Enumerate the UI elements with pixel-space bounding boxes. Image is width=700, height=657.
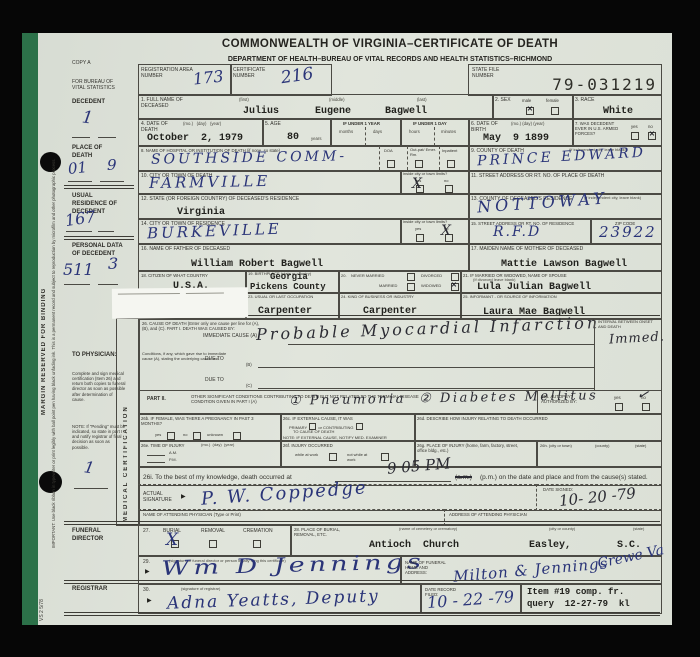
- field-father-name: 16. NAME OF FATHER OF DECEASED William R…: [138, 243, 470, 272]
- yes-label: yes: [415, 227, 421, 232]
- inpatient-label: Inpatient: [442, 149, 457, 154]
- county-label: (county): [595, 444, 609, 449]
- zip-code-value: 23922: [599, 225, 657, 240]
- hospital-value: SOUTHSIDE COMM-: [151, 149, 347, 166]
- yes-label: yes: [155, 433, 161, 438]
- field-number: 29.: [143, 559, 150, 565]
- father-name-value: William Robert Bagwell: [191, 259, 323, 270]
- hours-label: hours: [409, 129, 420, 134]
- doa-checkbox: [387, 160, 395, 168]
- margin-code-personal-a: 511: [63, 262, 94, 278]
- arrow-icon: ▶: [181, 494, 186, 500]
- state-of-residence-value: Virginia: [177, 207, 225, 218]
- autopsy-no-check-mark: ✓: [636, 387, 650, 403]
- outpatient-label: Out-pat/ Emer. Rm.: [410, 148, 436, 158]
- widowed-x-mark: ✕: [451, 282, 457, 289]
- field-label: 2. SEX: [495, 97, 511, 103]
- no-label: no: [183, 433, 187, 438]
- physician-signature-value: P. W. Coppedge: [201, 479, 369, 509]
- funeral-home-label: NAME OF FUNERAL HOME AND ADDRESS:: [405, 560, 447, 575]
- part2-label: PART II.: [147, 396, 166, 402]
- autopsy-label: 26a. AUTOPSY? AUTHORIZED BY:: [541, 394, 599, 404]
- conditions-note: Conditions, if any, which gave rise to i…: [142, 352, 230, 362]
- certificate-subtitle: DEPARTMENT OF HEALTH–BUREAU OF VITAL REC…: [150, 56, 630, 63]
- margin-section-decedent: DECEDENT: [72, 99, 132, 107]
- limits-question: inside city or town limits?: [403, 220, 463, 225]
- married-checkbox: [407, 283, 415, 291]
- field-age: 5. AGE 80 years: [262, 118, 332, 147]
- field-pregnancy: 26b. IF FEMALE, WAS THERE A PREGNANCY IN…: [138, 413, 282, 442]
- attending-physician-address-label: ADDRESS OF ATTENDING PHYSICIAN: [449, 512, 527, 517]
- registration-area-box: REGISTRATION AREA NUMBER 173: [138, 64, 232, 96]
- arrow-icon: ▶: [147, 598, 152, 604]
- margin-section-registrar: REGISTRAR: [72, 586, 132, 594]
- field-label: 17. MAIDEN NAME OF MOTHER OF DECEASED: [471, 246, 583, 252]
- age-value: 80: [287, 132, 299, 143]
- binding-margin-label: MARGIN RESERVED FOR BINDING: [41, 225, 47, 415]
- field-label: 1. FULL NAME OF DECEASED: [141, 97, 196, 109]
- time-sublabels: (mo.) (day) (year): [201, 443, 234, 448]
- field-spouse-name: 21. IF MARRIED OR WIDOWED, NAME OF SPOUS…: [460, 270, 662, 294]
- field-label: IF UNDER 1 YEAR: [343, 121, 380, 126]
- field-label: 11. STREET ADDRESS OR RT. NO. OF PLACE O…: [471, 173, 656, 179]
- margin-section-funeral-director: FUNERAL DIRECTOR: [72, 528, 118, 544]
- am-label: A.M.: [169, 451, 177, 456]
- burial-city-value: Easley,: [529, 540, 571, 551]
- street-address-residence-value: R.F.D: [493, 225, 541, 239]
- field-label: 25. INFORMANT - OR SOURCE OF INFORMATION: [463, 295, 623, 300]
- autopsy-box: 26a. AUTOPSY? AUTHORIZED BY: yes no ✓: [537, 391, 662, 414]
- date-signed-cell: DATE SIGNED: 10- 20 -79: [536, 484, 662, 511]
- never-married-label: NEVER MARRIED: [351, 274, 384, 279]
- margin-code-residence: 167: [64, 209, 96, 229]
- field-armed-forces: 7. WAS DECEDENT EVER IN U.S. ARMED FORCE…: [572, 118, 662, 147]
- field-label: 26b. IF FEMALE, WAS THERE A PREGNANCY IN…: [141, 416, 261, 426]
- immediate-cause-label: IMMEDIATE CAUSE (A): [203, 333, 257, 339]
- state-file-label: STATE FILE NUMBER: [472, 67, 512, 79]
- field-label: 26g. PLACE OF INJURY (home, farm, factor…: [417, 443, 529, 453]
- query-note-line1: Item #19 comp. fr.: [527, 587, 624, 597]
- registration-area-label: REGISTRATION AREA NUMBER: [141, 67, 196, 79]
- field-date-of-birth: 6. DATE OF BIRTH (mo.) (day) (year) May …: [468, 118, 574, 147]
- certificate-number-box: CERTIFICATE NUMBER 216: [230, 64, 332, 96]
- field-city-of-residence: 14. CITY OR TOWN OF RESIDENCE BURKEVILLE: [138, 218, 402, 245]
- county-of-residence-value: NOTTOWAY: [477, 190, 609, 215]
- field-label: 6. DATE OF BIRTH: [471, 121, 505, 133]
- margin-code-personal-b: 3: [108, 256, 118, 272]
- field-date-of-death: 4. DATE OF DEATH (mo.) (day) (year) Octo…: [138, 118, 264, 147]
- burial-x-mark: X: [166, 532, 178, 549]
- field-number: 27.: [143, 528, 150, 534]
- married-label: MARRIED: [379, 284, 397, 289]
- first-name-value: Julius: [243, 106, 279, 117]
- field-label: 26c. IF EXTERNAL CAUSE, IT WAS: [283, 416, 353, 421]
- middle-sublabel: (middle): [329, 97, 345, 102]
- cemetery-hint: (name of cemetery or crematory): [399, 527, 457, 532]
- cremation-label: CREMATION: [243, 528, 273, 534]
- field-if-under-1-day: IF UNDER 1 DAY hours minutes: [400, 118, 470, 147]
- state-hint: (state): [633, 527, 644, 532]
- female-checkbox: [551, 107, 559, 115]
- field-birthplace: 19. BIRTHPLACE (state or country) Georgi…: [245, 270, 340, 294]
- time-of-death-value: 9 05 PM: [386, 456, 451, 476]
- birthplace-county-value: Pickens County: [250, 282, 326, 292]
- cause-of-death-label: 26. CAUSE OF DEATH (Enter only one cause…: [142, 321, 260, 331]
- first-sublabel: (first): [239, 97, 249, 102]
- margin-code-place-b: 9: [107, 158, 117, 173]
- city-hint: (city or county): [549, 527, 575, 532]
- attestation-pre: 26i. To the best of my knowledge, death …: [143, 474, 292, 482]
- autopsy-yes-checkbox: [615, 403, 623, 411]
- field-city-of-death: 10. CITY OR TOWN OF DEATH FARMVILLE: [138, 170, 402, 195]
- whiteout-redaction-patch: [112, 287, 248, 318]
- field-disposition: 27. BURIAL REMOVAL CREMATION X: [138, 524, 292, 557]
- field-injury-location: 26h. (city or town) (county) (state): [536, 440, 662, 468]
- male-check-x-mark: ✕: [527, 106, 533, 113]
- middle-name-value: Eugene: [315, 106, 351, 117]
- part2-row: PART II. OTHER SIGNIFICANT CONDITIONS CO…: [138, 390, 662, 415]
- interval-value: Immed.: [609, 331, 666, 347]
- minutes-label: minutes: [441, 129, 456, 134]
- no-label: no: [444, 179, 448, 184]
- city-of-death-value: FARMVILLE: [149, 174, 270, 191]
- field-hospital: 8. NAME OF HOSPITAL OR INSTITUTION OF DE…: [138, 145, 470, 172]
- actual-signature-label: ACTUAL SIGNATURE: [143, 491, 177, 503]
- mother-name-value: Mattie Lawson Bagwell: [501, 259, 627, 270]
- field-marital-status: 20. NEVER MARRIED DIVORCED MARRIED WIDOW…: [338, 270, 462, 294]
- state-file-value: 79-031219: [552, 75, 657, 94]
- field-label: 26d. DESCRIBE HOW INJURY RELATING TO DEA…: [417, 416, 647, 421]
- field-label: 7. WAS DECEDENT EVER IN U.S. ARMED FORCE…: [575, 121, 627, 136]
- field-number: 20.: [341, 274, 347, 279]
- city-limits-death: inside city or town limits? yes no X: [400, 170, 470, 195]
- limits-yes-checkbox: [416, 234, 424, 242]
- interval-label: INTERVAL BETWEEN ONSET AND DEATH: [598, 320, 656, 330]
- field-state-of-residence: 12. STATE (OR FOREIGN COUNTRY) OF DECEAS…: [138, 193, 470, 220]
- bureau-label: FOR BUREAU OF VITAL STATISTICS: [72, 79, 118, 91]
- physician-signature-cell: ACTUAL SIGNATURE ▶ P. W. Coppedge: [138, 484, 537, 511]
- field-label: 12. STATE (OR FOREIGN COUNTRY) OF DECEAS…: [141, 196, 391, 202]
- widowed-label: WIDOWED: [421, 284, 441, 289]
- months-label: months: [339, 129, 353, 134]
- field-zip-code: ZIP CODE 23922: [590, 218, 662, 245]
- field-label: 26e. TIME OF INJURY: [141, 443, 185, 448]
- armed-forces-yes-checkbox: [631, 132, 639, 140]
- race-value: White: [603, 106, 633, 117]
- pregnancy-yes-checkbox: [167, 432, 175, 440]
- registrar-signature-value: Adna Yeatts, Deputy: [167, 588, 380, 612]
- margin-code-place-a: 01: [67, 160, 88, 177]
- field-number: 30.: [143, 587, 150, 593]
- cremation-checkbox: [253, 540, 261, 548]
- male-label: male: [522, 98, 531, 103]
- dob-sublabels: (mo.) (day) (year): [511, 121, 544, 126]
- copy-label: COPY A: [72, 60, 122, 66]
- margin-to-physician-label: TO PHYSICIAN:: [72, 352, 117, 360]
- field-label: 26f. INJURY OCCURRED: [283, 443, 333, 448]
- city-of-residence-value: BURKEVILLE: [147, 222, 282, 242]
- armed-forces-no-x-mark: ✕: [649, 131, 655, 138]
- binding-strip: [22, 33, 38, 625]
- field-label: 5. AGE: [265, 121, 281, 127]
- field-full-name: 1. FULL NAME OF DECEASED (first) (middle…: [138, 94, 494, 120]
- limits-no-checkbox: [445, 185, 453, 193]
- date-sublabels: (mo.) (day) (year): [183, 121, 221, 126]
- attestation-post: (p.m.) on the date and place and from th…: [480, 474, 648, 482]
- city-limits-residence: inside city or town limits? yes no X: [400, 218, 470, 245]
- field-label: 18. CITIZEN OF WHAT COUNTRY: [141, 273, 236, 278]
- field-county-of-residence: 13. COUNTY OF DECEASED'S RESIDENCE (if i…: [468, 193, 662, 220]
- field-label: IF UNDER 1 DAY: [413, 121, 447, 126]
- contributing-checkbox: [356, 423, 363, 430]
- field-label: 24. KIND OF BUSINESS OR INDUSTRY: [341, 295, 451, 300]
- yes-label: yes: [631, 124, 638, 129]
- inpatient-checkbox: [447, 160, 455, 168]
- pregnancy-no-checkbox: [193, 432, 201, 440]
- arrow-icon: ▶: [145, 569, 150, 575]
- unknown-label: unknown: [207, 433, 223, 438]
- attending-physician-name-label: NAME OF ATTENDING PHYSICIAN (Type or Pri…: [143, 512, 241, 517]
- handwritten-x-over-yes: X: [412, 177, 422, 191]
- not-while-at-work-label: not while at work: [347, 453, 375, 463]
- removal-checkbox: [209, 540, 217, 548]
- field-race: 3. RACE White: [572, 94, 662, 120]
- last-name-value: Bagwell: [385, 106, 427, 117]
- am-struck-out: (a.m.): [455, 474, 472, 482]
- while-at-work-checkbox: [329, 453, 337, 461]
- scanned-death-certificate: MARGIN RESERVED FOR BINDING IMPORTANT: U…: [0, 0, 700, 657]
- date-filed-cell: DATE RECORD FILED: 10 - 22 -79: [420, 583, 522, 614]
- funeral-director-signature-value: Wm D Jennings: [161, 551, 425, 578]
- certificate-number-label: CERTIFICATE NUMBER: [233, 67, 278, 79]
- certificate-title: COMMONWEALTH OF VIRGINIA–CERTIFICATE OF …: [150, 38, 630, 50]
- certificate-number-value: 216: [280, 66, 315, 87]
- field-street-address-residence: 15. STREET ADDRESS OR RT. NO. OF RESIDEN…: [468, 218, 592, 245]
- date-of-death-value: October 2, 1979: [147, 133, 243, 144]
- b-label: (B): [246, 362, 252, 367]
- while-at-work-label: while at work: [295, 453, 319, 458]
- field-label: 28. PLACE OF BURIAL, REMOVAL, ETC.: [294, 527, 349, 537]
- autopsy-no-checkbox: [642, 403, 650, 411]
- field-external-cause: 26c. IF EXTERNAL CAUSE, IT WAS PRIMARY o…: [280, 413, 416, 442]
- c-label: (C): [246, 383, 252, 388]
- years-label: years: [311, 136, 322, 141]
- removal-label: REMOVAL: [201, 528, 225, 534]
- birthplace-state-value: Georgia: [270, 272, 308, 282]
- pm-label: P.M.: [169, 458, 177, 463]
- city-or-town-label: 26h. (city or town): [540, 444, 572, 449]
- handwritten-x-over-no: X: [441, 224, 451, 238]
- pregnancy-unknown-checkbox: [233, 432, 241, 440]
- field-how-injury-occurred: 26d. DESCRIBE HOW INJURY RELATING TO DEA…: [414, 413, 662, 442]
- no-label: no: [648, 124, 653, 129]
- form-code-vertical: VS 2 5/78: [39, 573, 45, 621]
- doa-label: DOA: [384, 149, 393, 154]
- state-label: (state): [635, 444, 646, 449]
- female-label: female: [546, 98, 559, 103]
- date-filed-value: 10 - 22 -79: [427, 589, 515, 611]
- field-label: 23. USUAL OR LAST OCCUPATION: [248, 295, 336, 300]
- field-county-of-death: 9. COUNTY OF DEATH (if independent city,…: [468, 145, 662, 172]
- due-to-c-label: DUE TO: [205, 377, 224, 383]
- query-note-line2: query 12-27-79 kl: [527, 599, 630, 609]
- field-sex: 2. SEX male female ✕: [492, 94, 574, 120]
- yes-label: yes: [614, 395, 621, 400]
- interval-column: INTERVAL BETWEEN ONSET AND DEATH Immed.: [594, 318, 661, 390]
- outpatient-checkbox: [415, 160, 423, 168]
- important-instructions-vertical: IMPORTANT: Use black ribbon in typewrite…: [51, 118, 64, 548]
- last-sublabel: (last): [417, 97, 427, 102]
- medical-certification-strip: MEDICAL CERTIFICATION: [116, 318, 140, 526]
- days-label: days: [373, 129, 382, 134]
- field-label: 4. DATE OF DEATH: [141, 121, 179, 133]
- divorced-label: DIVORCED: [421, 274, 442, 279]
- field-time-of-injury: 26e. TIME OF INJURY (mo.) (day) (year) A…: [138, 440, 282, 468]
- field-label: 3. RACE: [575, 97, 594, 103]
- never-married-checkbox: [407, 273, 415, 281]
- registrar-signature-cell: 30. ▶ (signature of registrar) Adna Yeat…: [138, 583, 422, 614]
- attestation-row: 26i. To the best of my knowledge, death …: [138, 466, 662, 486]
- field-label: 16. NAME OF FATHER OF DECEASED: [141, 246, 230, 252]
- divorced-checkbox: [451, 273, 459, 281]
- query-note-cell: Item #19 comp. fr. query 12-27-79 kl: [520, 583, 662, 614]
- field-mother-name: 17. MAIDEN NAME OF MOTHER OF DECEASED Ma…: [468, 243, 662, 272]
- medical-certification-label: MEDICAL CERTIFICATION: [123, 327, 129, 522]
- date-of-birth-value: May 9 1899: [483, 133, 549, 144]
- registration-area-value: 173: [192, 68, 224, 87]
- field-if-under-1-year: IF UNDER 1 YEAR months days: [330, 118, 402, 147]
- state-file-number-box: STATE FILE NUMBER 79-031219: [468, 64, 662, 96]
